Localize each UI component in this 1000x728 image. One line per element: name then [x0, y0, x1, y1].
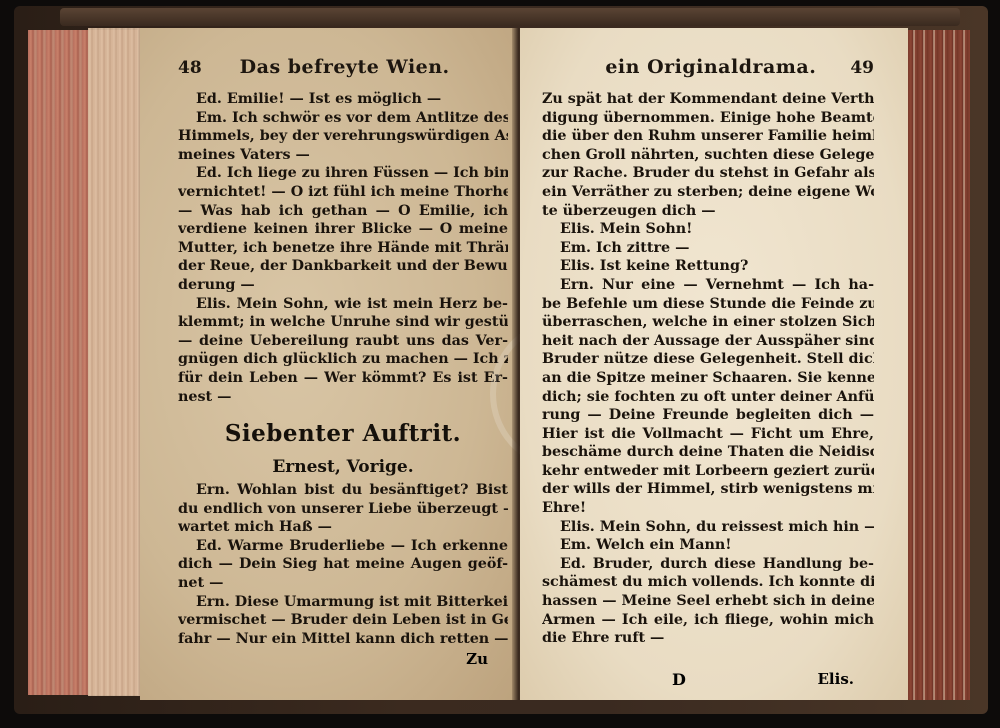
page-number: 49: [850, 58, 874, 78]
signature-mark: D: [672, 670, 686, 689]
text-line: Armen — Ich eile, ich fliege, wohin mich: [542, 611, 874, 630]
text-line: Himmels, bey der verehrungswürdigen Asch…: [178, 127, 508, 146]
text-line: verdiene keinen ihrer Blicke — O meine: [178, 220, 508, 239]
text-line: vermischet — Bruder dein Leben ist in Ge…: [178, 611, 508, 630]
text-line: Ed. Ich liege zu ihren Füssen — Ich bin: [178, 164, 508, 183]
text-line: digung übernommen. Einige hohe Beamte: [542, 109, 874, 128]
text-line: ein Verräther zu sterben; deine eigene W…: [542, 183, 874, 202]
text-line: dich; sie fochten zu oft unter deiner An…: [542, 388, 874, 407]
running-title: ein Originaldrama.: [605, 56, 816, 78]
text-line: meines Vaters —: [178, 146, 508, 165]
text-line: net —: [178, 574, 508, 593]
scene-characters: Ernest, Vorige.: [178, 457, 508, 477]
text-line: Elis. Mein Sohn, wie ist mein Herz be-: [178, 295, 508, 314]
left-text-before-scene: Ed. Emilie! — Ist es möglich —Em. Ich sc…: [178, 90, 508, 406]
text-line: Elis. Ist keine Rettung?: [542, 257, 874, 276]
right-text: Zu spät hat der Kommendant deine Verthei…: [542, 90, 874, 648]
text-line: Ehre!: [542, 499, 874, 518]
text-line: — deine Uebereilung raubt uns das Ver-: [178, 332, 508, 351]
text-line: Elis. Mein Sohn!: [542, 220, 874, 239]
text-line: Ern. Nur eine — Vernehmt — Ich ha-: [542, 276, 874, 295]
text-line: Bruder nütze diese Gelegenheit. Stell di…: [542, 350, 874, 369]
text-line: chen Groll nährten, suchten diese Gelege…: [542, 146, 874, 165]
text-line: Mutter, ich benetze ihre Hände mit Thrän…: [178, 239, 508, 258]
text-line: gnügen dich glücklich zu machen — Ich zi…: [178, 350, 508, 369]
text-line: Ed. Emilie! — Ist es möglich —: [178, 90, 508, 109]
text-line: beschäme durch deine Thaten die Neidisch…: [542, 443, 874, 462]
running-title: Das befreyte Wien.: [240, 56, 450, 78]
text-line: die über den Ruhm unserer Familie heimli…: [542, 127, 874, 146]
text-line: kehr entweder mit Lorbeern geziert zurüc…: [542, 462, 874, 481]
text-line: wartet mich Haß —: [178, 518, 508, 537]
text-line: du endlich von unserer Liebe überzeugt —…: [178, 500, 508, 519]
text-line: Em. Ich schwör es vor dem Antlitze des: [178, 109, 508, 128]
left-page-stack: [88, 28, 140, 696]
text-line: Ed. Bruder, durch diese Handlung be-: [542, 555, 874, 574]
left-running-head: 48 Das befreyte Wien.: [178, 56, 508, 90]
text-line: zur Rache. Bruder du stehst in Gefahr al…: [542, 164, 874, 183]
page-number: 48: [178, 58, 202, 78]
text-line: be Befehle um diese Stunde die Feinde zu: [542, 295, 874, 314]
text-line: Zu spät hat der Kommendant deine Verthei…: [542, 90, 874, 109]
text-line: heit nach der Aussage der Ausspäher sind…: [542, 332, 874, 351]
text-line: fahr — Nur ein Mittel kann dich retten —: [178, 630, 508, 649]
text-line: Hier ist die Vollmacht — Ficht um Ehre,: [542, 425, 874, 444]
text-line: rung — Deine Freunde begleiten dich —: [542, 406, 874, 425]
text-line: schämest du mich vollends. Ich konnte di…: [542, 573, 874, 592]
left-text-after-scene: Ern. Wohlan bist du besänftiget? Bistdu …: [178, 481, 508, 648]
text-line: hassen — Meine Seel erhebt sich in deine…: [542, 592, 874, 611]
right-page: ein Originaldrama. 49 Zu spät hat der Ko…: [520, 28, 908, 700]
right-page-edges-red: [908, 30, 970, 700]
scene-heading: Siebenter Auftrit.: [178, 420, 508, 447]
catchword: Zu: [178, 650, 508, 668]
text-line: Ed. Warme Bruderliebe — Ich erkenne: [178, 537, 508, 556]
text-line: Ern. Wohlan bist du besänftiget? Bist: [178, 481, 508, 500]
catchword: Elis.: [818, 670, 855, 688]
text-line: die Ehre ruft —: [542, 629, 874, 648]
book-spine-top: [60, 8, 960, 26]
text-line: Elis. Mein Sohn, du reissest mich hin —: [542, 518, 874, 537]
text-line: klemmt; in welche Unruhe sind wir gestür…: [178, 313, 508, 332]
text-line: der Reue, der Dankbarkeit und der Bewun-: [178, 257, 508, 276]
text-line: an die Spitze meiner Schaaren. Sie kenne…: [542, 369, 874, 388]
text-line: te überzeugen dich —: [542, 202, 874, 221]
text-line: — Was hab ich gethan — O Emilie, ich: [178, 202, 508, 221]
text-line: nest —: [178, 388, 508, 407]
left-page: 48 Das befreyte Wien. Ed. Emilie! — Ist …: [140, 28, 518, 700]
text-line: Em. Welch ein Mann!: [542, 536, 874, 555]
text-line: derung —: [178, 276, 508, 295]
right-footer: D Elis.: [542, 670, 874, 689]
text-line: Ern. Diese Umarmung ist mit Bitterkeit: [178, 593, 508, 612]
text-line: dich — Dein Sieg hat meine Augen geöf-: [178, 555, 508, 574]
text-line: für dein Leben — Wer kömmt? Es ist Er-: [178, 369, 508, 388]
text-line: der wills der Himmel, stirb wenigstens m…: [542, 480, 874, 499]
text-line: Em. Ich zittre —: [542, 239, 874, 258]
right-running-head: ein Originaldrama. 49: [542, 56, 874, 90]
text-line: überraschen, welche in einer stolzen Sic…: [542, 313, 874, 332]
text-line: vernichtet! — O izt fühl ich meine Thorh…: [178, 183, 508, 202]
